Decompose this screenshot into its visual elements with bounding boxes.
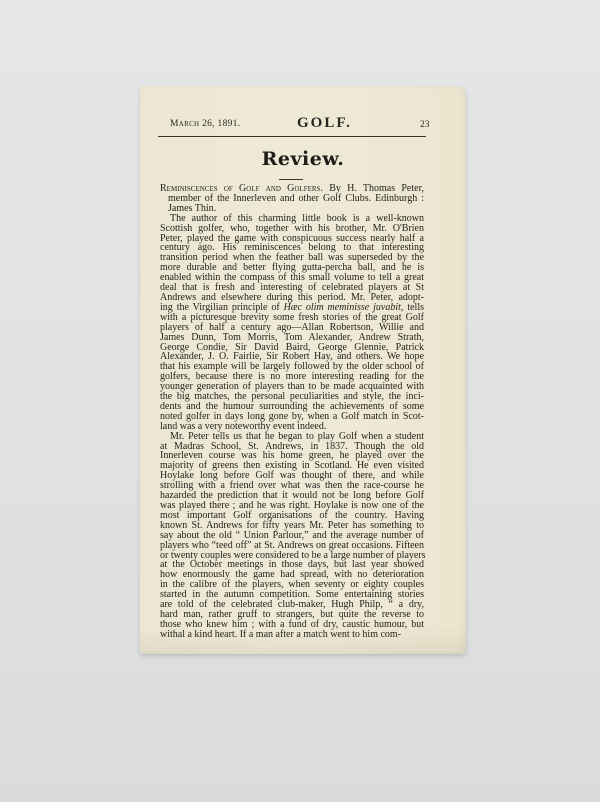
newspaper-clipping: March 26, 1891. GOLF. 23 Review. Reminis… — [140, 86, 466, 654]
text-line: James Dunn, Tom Morris, Tom Alexander, A… — [160, 333, 424, 343]
paragraph-2: Mr. Peter tells us that he began to play… — [160, 432, 424, 640]
book-citation: Reminiscences of Golf and Golfers. By H.… — [160, 184, 424, 214]
page-number: 23 — [420, 120, 430, 130]
text-line: withal a kind heart. If a man after a ma… — [160, 630, 424, 640]
text-line: those who knew him ; with a fund of dry,… — [160, 620, 424, 630]
paragraph-1: The author of this charming little book … — [160, 214, 424, 432]
article-body: Reminiscences of Golf and Golfers. By H.… — [160, 184, 424, 640]
header-rule — [158, 136, 426, 137]
page-header: March 26, 1891. GOLF. 23 — [162, 116, 424, 136]
publication-title: GOLF. — [297, 115, 352, 132]
section-heading: Review. — [140, 148, 466, 170]
heading-divider — [279, 179, 303, 180]
issue-date: March 26, 1891. — [170, 119, 240, 129]
